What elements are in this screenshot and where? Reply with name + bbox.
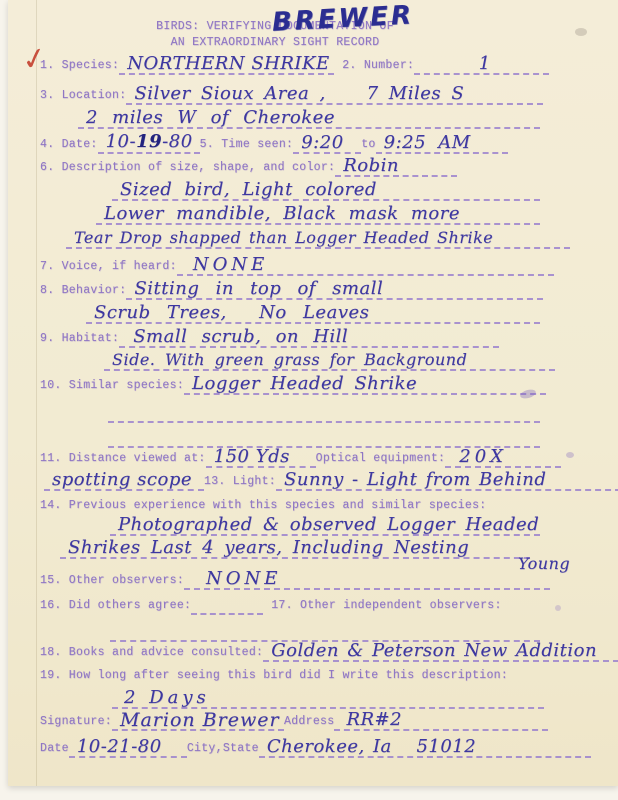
field-distance-row: 11. Distance viewed at: 150 Yds Optical … (40, 447, 561, 468)
experience-line1: Photographed & observed Logger Headed (110, 516, 540, 536)
behavior-line2: Scrub Trees, No Leaves (86, 304, 540, 324)
books-value: Golden & Peterson New Addition (263, 642, 618, 662)
field-light-row: spotting scope 13. Light: Sunny - Light … (44, 470, 618, 491)
light-label: 13. Light: (204, 475, 276, 491)
experience-label: 14. Previous experience with this specie… (40, 499, 486, 515)
field-location-row: 3. Location: Silver Sioux Area , 7 Miles… (40, 84, 543, 105)
field-species-row: 1. Species: NORTHERN SHRIKE 2. Number: 1 (40, 54, 549, 75)
field-experience-row: 14. Previous experience with this specie… (40, 494, 486, 515)
city-state-value: Cherokee, Ia 51012 (259, 738, 591, 758)
signature-value: Marion Brewer (112, 711, 284, 731)
optical-value: 20X (445, 448, 561, 468)
date-value: 10-19-80 (98, 133, 200, 154)
date-label: 4. Date: (40, 138, 98, 154)
experience-line2: Shrikes Last 4 years, Including Nesting (60, 539, 530, 559)
description-line1: Robin (335, 157, 457, 177)
paper-fold-line (36, 0, 37, 786)
behavior-line1: Sitting in top of small (126, 280, 543, 300)
species-label: 1. Species: (40, 59, 119, 75)
field-writeup-row2: 2 Days (112, 688, 544, 709)
distance-value: 150 Yds (206, 448, 316, 468)
field-date-time-row: 4. Date: 10-19-80 5. Time seen: 9:20 to … (40, 133, 508, 154)
number-value: 1 (414, 55, 549, 75)
did-agree-label: 16. Did others agree: (40, 599, 191, 615)
voice-value: NONE (177, 256, 554, 276)
habitat-line1: Small scrub, on Hill (119, 328, 499, 348)
independent-observers-label: 17. Other independent observers: (271, 599, 501, 615)
similar-label: 10. Similar species: (40, 379, 184, 395)
habitat-label: 9. Habitat: (40, 332, 119, 348)
time-from-value: 9:20 (293, 134, 361, 154)
ink-smudge (566, 452, 574, 458)
field-experience-row2: Photographed & observed Logger Headed (110, 515, 540, 536)
field-similar-row: 10. Similar species: Logger Headed Shrik… (40, 374, 546, 395)
number-label: 2. Number: (342, 59, 414, 75)
description-line2: Sized bird, Light colored (112, 181, 540, 201)
species-value: NORTHERN SHRIKE (119, 55, 334, 75)
optical-label: Optical equipment: (316, 452, 446, 468)
similar-value: Logger Headed Shrike (184, 375, 546, 395)
distance-label: 11. Distance viewed at: (40, 452, 206, 468)
behavior-label: 8. Behavior: (40, 284, 126, 300)
description-line4: Tear Drop shapped than Logger Headed Shr… (66, 229, 570, 249)
signature-label: Signature: (40, 715, 112, 731)
field-description-row: 6. Description of size, shape, and color… (40, 156, 457, 177)
books-label: 18. Books and advice consulted: (40, 646, 263, 662)
blank-line-row (108, 402, 540, 423)
date-written-label: Date (40, 742, 69, 758)
field-description-row2: Sized bird, Light colored (112, 180, 540, 201)
field-experience-row3: Shrikes Last 4 years, Including Nesting (60, 538, 530, 559)
field-behavior-row: 8. Behavior: Sitting in top of small (40, 279, 543, 300)
date-written-value: 10-21-80 (69, 738, 187, 758)
field-habitat-row: 9. Habitat: Small scrub, on Hill (40, 327, 499, 348)
field-other-observers-row: 15. Other observers: NONE (40, 569, 550, 590)
location-label: 3. Location: (40, 89, 126, 105)
field-books-row: 18. Books and advice consulted: Golden &… (40, 641, 618, 662)
did-agree-blank (191, 599, 263, 615)
field-voice-row: 7. Voice, if heard: NONE (40, 255, 554, 276)
optical-value-line2: spotting scope (44, 471, 204, 491)
field-description-row3: Lower mandible, Black mask more (96, 204, 540, 225)
field-location-row2: 2 miles W of Cherokee (78, 108, 540, 129)
description-label: 6. Description of size, shape, and color… (40, 161, 335, 177)
time-to-value: 9:25 AM (376, 134, 508, 154)
address-label: Address (284, 715, 334, 731)
ink-smudge (555, 605, 561, 611)
writeup-value: 2 Days (112, 689, 544, 709)
blank-line-row (110, 621, 540, 642)
writeup-label: 19. How long after seeing this bird did … (40, 669, 508, 685)
field-behavior-row2: Scrub Trees, No Leaves (86, 303, 540, 324)
address-value: RR#2 (334, 711, 548, 731)
date-overwritten-day: 19 (136, 131, 162, 152)
city-state-label: City,State (187, 742, 259, 758)
time-to-word: to (361, 138, 375, 154)
other-observers-label: 15. Other observers: (40, 574, 184, 590)
time-seen-label: 5. Time seen: (200, 138, 294, 154)
habitat-line2: Side. With green grass for Background (104, 351, 555, 371)
form-title-line2: AN EXTRAORDINARY SIGHT RECORD (125, 36, 425, 52)
light-value: Sunny - Light from Behind (276, 471, 618, 491)
scanned-form-page: BIRDS: VERIFYING DOCUMENTATION OF AN EXT… (0, 0, 618, 800)
voice-label: 7. Voice, if heard: (40, 260, 177, 276)
field-signature-row: Signature: Marion Brewer Address RR#2 (40, 710, 548, 731)
field-description-row4: Tear Drop shapped than Logger Headed Shr… (66, 228, 570, 249)
location-value-line1: Silver Sioux Area , 7 Miles S (126, 85, 543, 105)
blank-line-row (108, 427, 540, 448)
other-observers-value: NONE (184, 570, 550, 590)
field-habitat-row2: Side. With green grass for Background (104, 350, 555, 371)
field-writeup-row: 19. How long after seeing this bird did … (40, 664, 508, 685)
blank-line (108, 407, 540, 423)
field-agree-row: 16. Did others agree: 17. Other independ… (40, 594, 502, 615)
scan-smudge (575, 28, 587, 36)
location-value-line2: 2 miles W of Cherokee (78, 109, 540, 129)
field-date-written-row: Date 10-21-80 City,State Cherokee, Ia 51… (40, 737, 591, 758)
description-line3: Lower mandible, Black mask more (96, 205, 540, 225)
